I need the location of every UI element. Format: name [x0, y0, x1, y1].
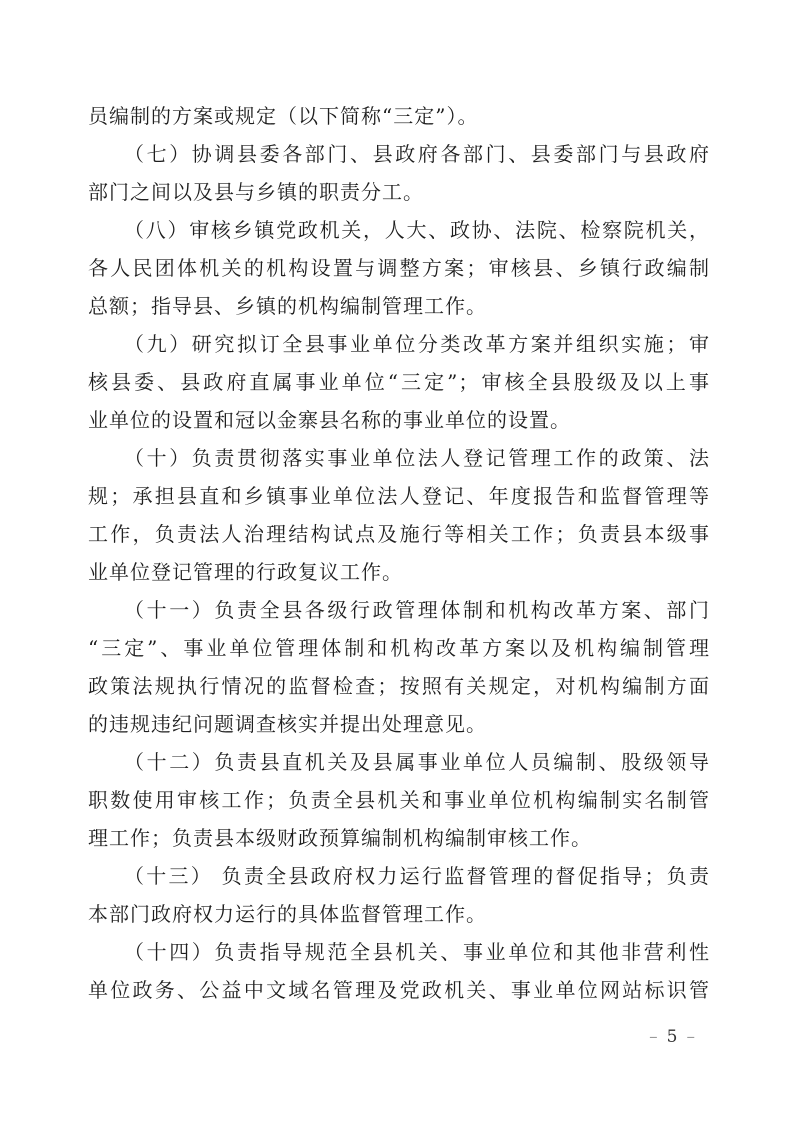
text-line: （十一）负责全县各级行政管理体制和机构改革方案、部门: [88, 591, 710, 629]
page-number: –5–: [88, 1026, 710, 1048]
text-line: 总额；指导县、乡镇的机构编制管理工作。: [88, 287, 710, 325]
text-line: 政策法规执行情况的监督检查；按照有关规定，对机构编制方面: [88, 667, 710, 705]
text-line: 本部门政府权力运行的具体监督管理工作。: [88, 895, 710, 933]
text-line: （七）协调县委各部门、县政府各部门、县委部门与县政府: [88, 135, 710, 173]
text-line: 规；承担县直和乡镇事业单位法人登记、年度报告和监督管理等: [88, 477, 710, 515]
document-body: 员编制的方案或规定（以下简称“三定”）。（七）协调县委各部门、县政府各部门、县委…: [88, 97, 710, 1009]
text-line: 员编制的方案或规定（以下简称“三定”）。: [88, 97, 710, 135]
text-line: 的违规违纪问题调查核实并提出处理意见。: [88, 705, 710, 743]
text-line: （十四）负责指导规范全县机关、事业单位和其他非营利性: [88, 933, 710, 971]
text-line: 各人民团体机关的机构设置与调整方案；审核县、乡镇行政编制: [88, 249, 710, 287]
document-page: 员编制的方案或规定（以下简称“三定”）。（七）协调县委各部门、县政府各部门、县委…: [0, 0, 793, 1122]
text-line: 职数使用审核工作；负责全县机关和事业单位机构编制实名制管: [88, 781, 710, 819]
text-line: “三定”、事业单位管理体制和机构改革方案以及机构编制管理: [88, 629, 710, 667]
text-line: （九）研究拟订全县事业单位分类改革方案并组织实施；审: [88, 325, 710, 363]
text-line: 业单位登记管理的行政复议工作。: [88, 553, 710, 591]
page-number-value: 5: [660, 1027, 685, 1047]
text-line: 部门之间以及县与乡镇的职责分工。: [88, 173, 710, 211]
text-line: 理工作；负责县本级财政预算编制机构编制审核工作。: [88, 819, 710, 857]
text-line: 单位政务、公益中文域名管理及党政机关、事业单位网站标识管: [88, 971, 710, 1009]
text-line: （十三） 负责全县政府权力运行监督管理的督促指导；负责: [88, 857, 710, 895]
text-line: 业单位的设置和冠以金寨县名称的事业单位的设置。: [88, 401, 710, 439]
page-number-dash-right: –: [685, 1027, 698, 1047]
text-line: （八）审核乡镇党政机关，人大、政协、法院、检察院机关，: [88, 211, 710, 249]
text-line: （十）负责贯彻落实事业单位法人登记管理工作的政策、法: [88, 439, 710, 477]
page-number-dash-left: –: [647, 1027, 660, 1047]
text-line: （十二）负责县直机关及县属事业单位人员编制、股级领导: [88, 743, 710, 781]
text-line: 工作，负责法人治理结构试点及施行等相关工作；负责县本级事: [88, 515, 710, 553]
text-line: 核县委、县政府直属事业单位“三定”；审核全县股级及以上事: [88, 363, 710, 401]
